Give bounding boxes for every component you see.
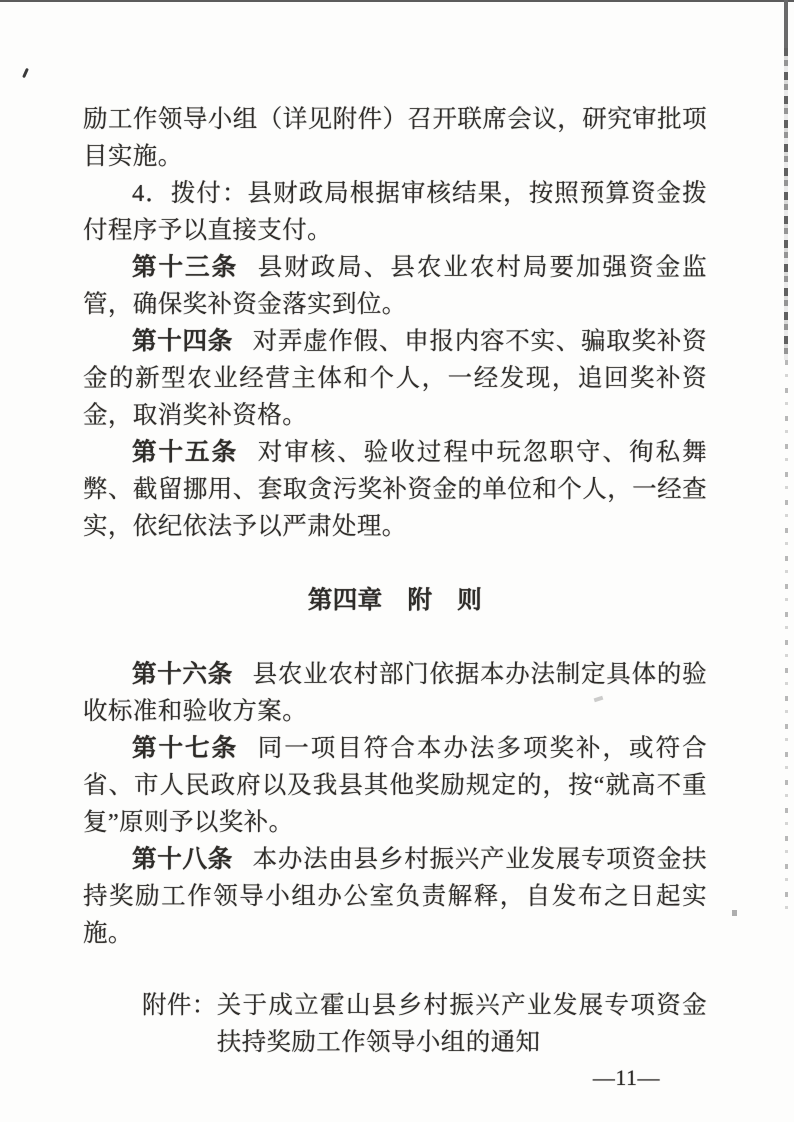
document-body: 励工作领导小组（详见附件）召开联席会议，研究审批项目实施。 4．拨付：县财政局根… [83,0,707,1093]
page-number: —11— [83,1063,707,1093]
attachment-text: 关于成立霍山县乡村振兴产业发展专项资金扶持奖励工作领导小组的通知 [217,987,707,1061]
article-15-label: 第十五条 [132,439,238,466]
paragraph-item-4: 4．拨付：县财政局根据审核结果，按照预算资金拨付程序予以直接支付。 [83,175,707,249]
paragraph-continuation: 励工作领导小组（详见附件）召开联席会议，研究审批项目实施。 [83,101,707,175]
article-16: 第十六条县农业农村部门依据本办法制定具体的验收标准和验收方案。 [83,656,707,730]
article-18-label: 第十八条 [132,846,233,873]
scan-edge-artifact-right [784,0,788,48]
scan-edge-artifact-right [784,48,788,360]
article-17-label: 第十七条 [132,735,238,762]
article-16-label: 第十六条 [132,661,233,688]
article-14: 第十四条对弄虚作假、申报内容不实、骗取奖补资金的新型农业经营主体和个人，一经发现… [83,323,707,434]
article-15: 第十五条对审核、验收过程中玩忽职守、徇私舞弊、截留挪用、套取贪污奖补资金的单位和… [83,434,707,545]
attachment-label: 附件： [142,987,217,1024]
article-13-label: 第十三条 [132,254,238,281]
scan-speck-artifact [732,910,737,916]
scan-edge-artifact-right [785,360,788,920]
chapter-heading: 第四章 附 则 [83,582,707,619]
article-18: 第十八条本办法由县乡村振兴产业发展专项资金扶持奖励工作领导小组办公室负责解释，自… [83,841,707,952]
article-14-label: 第十四条 [132,328,233,355]
article-13: 第十三条县财政局、县农业农村局要加强资金监管，确保奖补资金落实到位。 [83,249,707,323]
scan-speck-artifact [22,68,29,78]
article-17: 第十七条同一项目符合本办法多项奖补，或符合省、市人民政府以及我县其他奖励规定的，… [83,730,707,841]
attachment-note: 附件： 关于成立霍山县乡村振兴产业发展专项资金扶持奖励工作领导小组的通知 [83,987,707,1061]
scanned-document-page: 励工作领导小组（详见附件）召开联席会议，研究审批项目实施。 4．拨付：县财政局根… [0,0,794,1122]
